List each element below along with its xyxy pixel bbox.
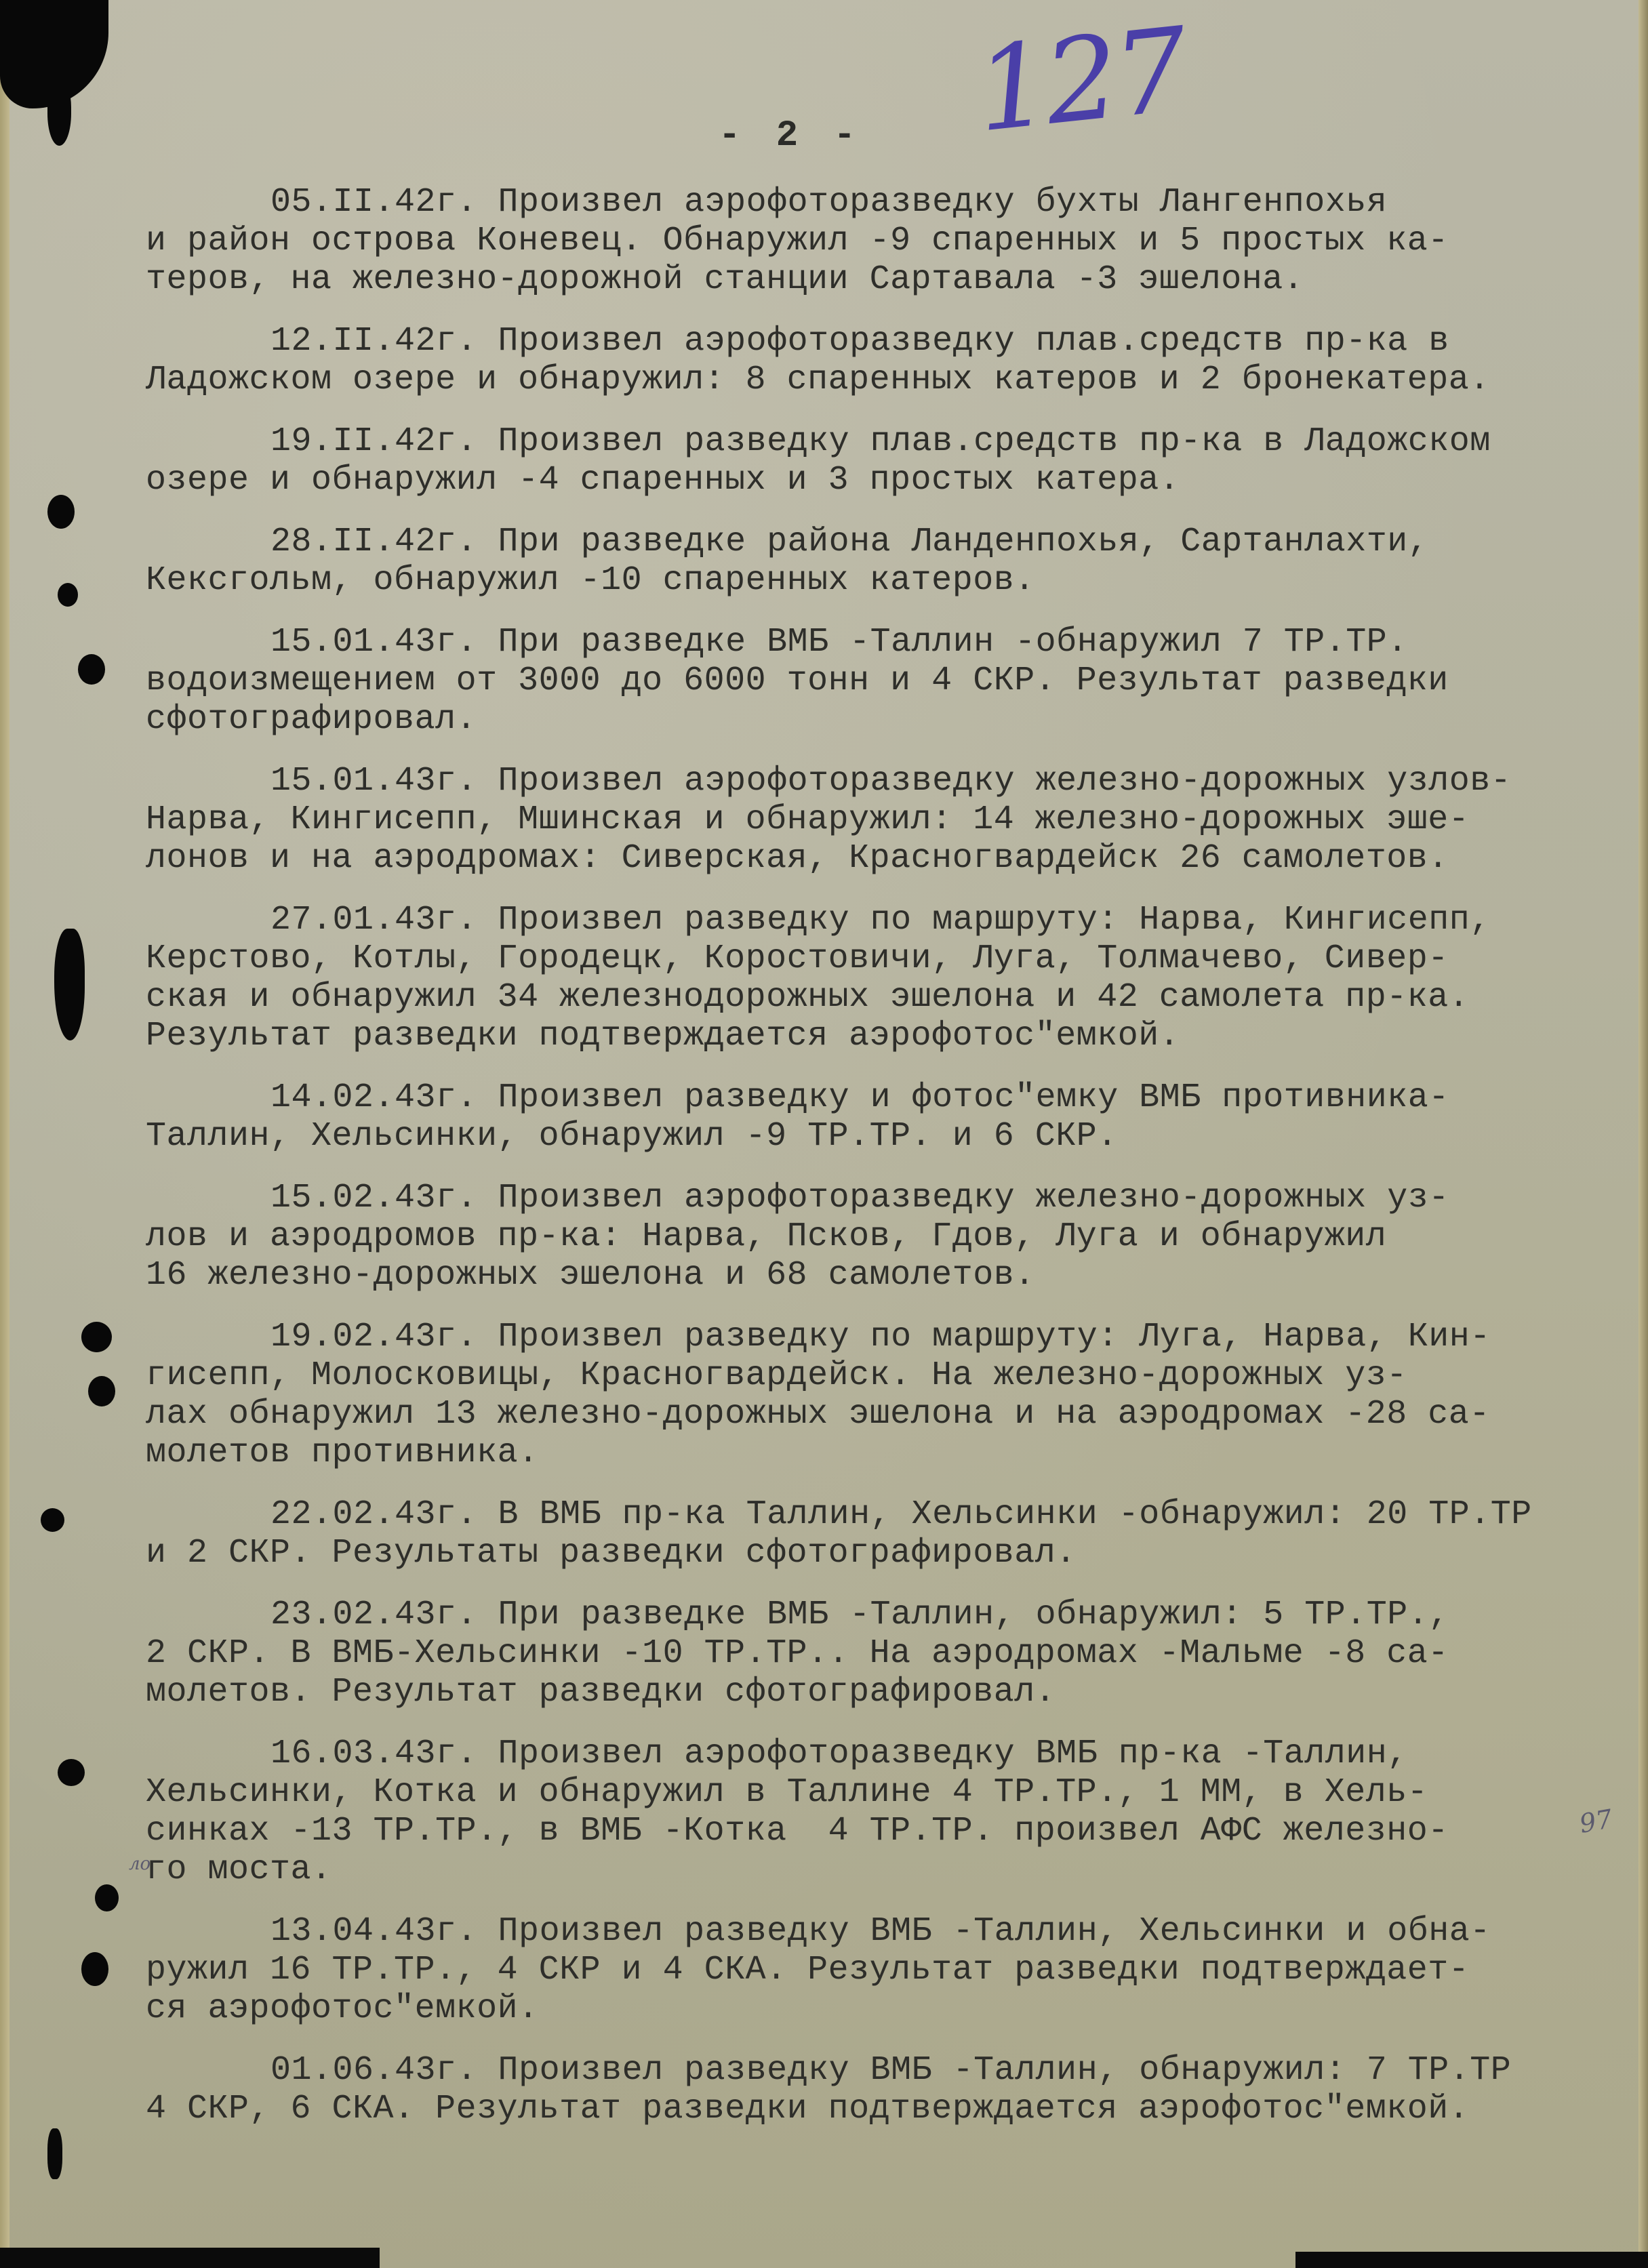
entry-line: 12.II.42г. Произвел аэрофоторазведку пла… xyxy=(146,322,1610,361)
entry-line: лов и аэродромов пр-ка: Нарва, Псков, Гд… xyxy=(146,1217,1610,1256)
entry-line: 15.02.43г. Произвел аэрофоторазведку жел… xyxy=(146,1179,1610,1217)
binding-hole xyxy=(81,1952,108,1986)
entry-line: 2 СКР. В ВМБ-Хельсинки -10 ТР.ТР.. На аэ… xyxy=(146,1634,1610,1673)
binding-hole xyxy=(41,1508,64,1532)
entry-line: ская и обнаружил 34 железнодорожных эшел… xyxy=(146,978,1610,1017)
entry-line: и 2 СКР. Результаты разведки сфотографир… xyxy=(146,1534,1610,1573)
entry-line: 05.II.42г. Произвел аэрофоторазведку бух… xyxy=(146,183,1610,222)
report-entry: 27.01.43г. Произвел разведку по маршруту… xyxy=(146,901,1610,1055)
entry-line: 16.03.43г. Произвел аэрофоторазведку ВМБ… xyxy=(146,1735,1610,1773)
binding-hole xyxy=(78,654,105,685)
binding-hole xyxy=(47,2128,62,2179)
binding-hole xyxy=(54,929,85,1040)
entry-line: 15.01.43г. Произвел аэрофоторазведку жел… xyxy=(146,762,1610,801)
entry-line: Кексгольм, обнаружил -10 спаренных катер… xyxy=(146,561,1610,600)
entry-line: синках -13 ТР.ТР., в ВМБ -Котка 4 ТР.ТР.… xyxy=(146,1812,1610,1850)
entry-line: Нарва, Кингисепп, Мшинская и обнаружил: … xyxy=(146,801,1610,839)
report-entry: 23.02.43г. При разведке ВМБ -Таллин, обн… xyxy=(146,1596,1610,1712)
entry-line: водоизмещением от 3000 до 6000 тонн и 4 … xyxy=(146,662,1610,700)
entry-line: 19.II.42г. Произвел разведку плав.средст… xyxy=(146,422,1610,461)
entry-line: теров, на железно-дорожной станции Сарта… xyxy=(146,260,1610,299)
report-entry: 28.II.42г. При разведке района Ланденпох… xyxy=(146,523,1610,600)
entry-line: 16 железно-дорожных эшелона и 68 самолет… xyxy=(146,1256,1610,1295)
entry-line: 28.II.42г. При разведке района Ланденпох… xyxy=(146,523,1610,561)
report-entry: 16.03.43г. Произвел аэрофоторазведку ВМБ… xyxy=(146,1735,1610,1889)
handwritten-margin-note-right: 97 xyxy=(1577,1804,1615,1839)
entry-line: ся аэрофотос"емкой. xyxy=(146,1989,1610,2028)
entry-line: 4 СКР, 6 СКА. Результат разведки подтвер… xyxy=(146,2090,1610,2128)
report-entry: 19.02.43г. Произвел разведку по маршруту… xyxy=(146,1318,1610,1472)
document-page: 127 - 2 - 05.II.42г. Произвел аэрофотора… xyxy=(0,0,1648,2268)
entry-line: 13.04.43г. Произвел разведку ВМБ -Таллин… xyxy=(146,1912,1610,1951)
paper-edge-right xyxy=(1639,0,1648,2268)
entry-line: ружил 16 ТР.ТР., 4 СКР и 4 СКА. Результа… xyxy=(146,1951,1610,1989)
handwritten-margin-note-left: ло xyxy=(129,1854,150,1874)
torn-corner-spike xyxy=(47,81,71,146)
binding-hole xyxy=(95,1884,119,1911)
binding-hole xyxy=(58,583,78,607)
entry-line: Ладожском озере и обнаружил: 8 спаренных… xyxy=(146,361,1610,399)
entry-line: 01.06.43г. Произвел разведку ВМБ -Таллин… xyxy=(146,2051,1610,2090)
binding-hole xyxy=(81,1322,112,1352)
binding-hole xyxy=(88,1376,115,1406)
entry-line: 27.01.43г. Произвел разведку по маршруту… xyxy=(146,901,1610,939)
paper-edge-left xyxy=(0,0,9,2268)
report-entry: 14.02.43г. Произвел разведку и фотос"емк… xyxy=(146,1078,1610,1156)
entry-line: 15.01.43г. При разведке ВМБ -Таллин -обн… xyxy=(146,623,1610,662)
entry-line: 19.02.43г. Произвел разведку по маршруту… xyxy=(146,1318,1610,1356)
scan-shadow-bottom-left xyxy=(0,2248,380,2268)
report-entry: 13.04.43г. Произвел разведку ВМБ -Таллин… xyxy=(146,1912,1610,2028)
entry-line: 22.02.43г. В ВМБ пр-ка Таллин, Хельсинки… xyxy=(146,1495,1610,1534)
entry-line: Хельсинки, Котка и обнаружил в Таллине 4… xyxy=(146,1773,1610,1812)
report-entry: 15.01.43г. Произвел аэрофоторазведку жел… xyxy=(146,762,1610,878)
entry-line: озере и обнаружил -4 спаренных и 3 прост… xyxy=(146,461,1610,500)
page-marker: - 2 - xyxy=(719,115,862,157)
entry-line: сфотографировал. xyxy=(146,700,1610,739)
report-entry: 12.II.42г. Произвел аэрофоторазведку пла… xyxy=(146,322,1610,399)
report-entry: 15.02.43г. Произвел аэрофоторазведку жел… xyxy=(146,1179,1610,1295)
entry-line: 14.02.43г. Произвел разведку и фотос"емк… xyxy=(146,1078,1610,1117)
entry-line: молетов. Результат разведки сфотографиро… xyxy=(146,1673,1610,1712)
entry-line: молетов противника. xyxy=(146,1434,1610,1472)
report-entry: 05.II.42г. Произвел аэрофоторазведку бух… xyxy=(146,183,1610,299)
entry-line: Таллин, Хельсинки, обнаружил -9 ТР.ТР. и… xyxy=(146,1117,1610,1156)
entry-line: и район острова Коневец. Обнаружил -9 сп… xyxy=(146,222,1610,260)
report-body: 05.II.42г. Произвел аэрофоторазведку бух… xyxy=(146,183,1610,2151)
report-entry: 19.II.42г. Произвел разведку плав.средст… xyxy=(146,422,1610,500)
entry-line: лонов и на аэродромах: Сиверская, Красно… xyxy=(146,839,1610,878)
entry-line: 23.02.43г. При разведке ВМБ -Таллин, обн… xyxy=(146,1596,1610,1634)
handwritten-folio-number: 127 xyxy=(969,3,1190,159)
report-entry: 22.02.43г. В ВМБ пр-ка Таллин, Хельсинки… xyxy=(146,1495,1610,1573)
entry-line: го моста. xyxy=(146,1850,1610,1889)
report-entry: 01.06.43г. Произвел разведку ВМБ -Таллин… xyxy=(146,2051,1610,2128)
binding-hole xyxy=(58,1759,85,1786)
scan-shadow-bottom-right xyxy=(1295,2252,1648,2268)
entry-line: Керстово, Котлы, Городецк, Коростовичи, … xyxy=(146,939,1610,978)
entry-line: Результат разведки подтверждается аэрофо… xyxy=(146,1017,1610,1055)
entry-line: лах обнаружил 13 железно-дорожных эшелон… xyxy=(146,1395,1610,1434)
binding-hole xyxy=(47,495,75,529)
entry-line: гисепп, Молосковицы, Красногвардейск. На… xyxy=(146,1356,1610,1395)
report-entry: 15.01.43г. При разведке ВМБ -Таллин -обн… xyxy=(146,623,1610,739)
